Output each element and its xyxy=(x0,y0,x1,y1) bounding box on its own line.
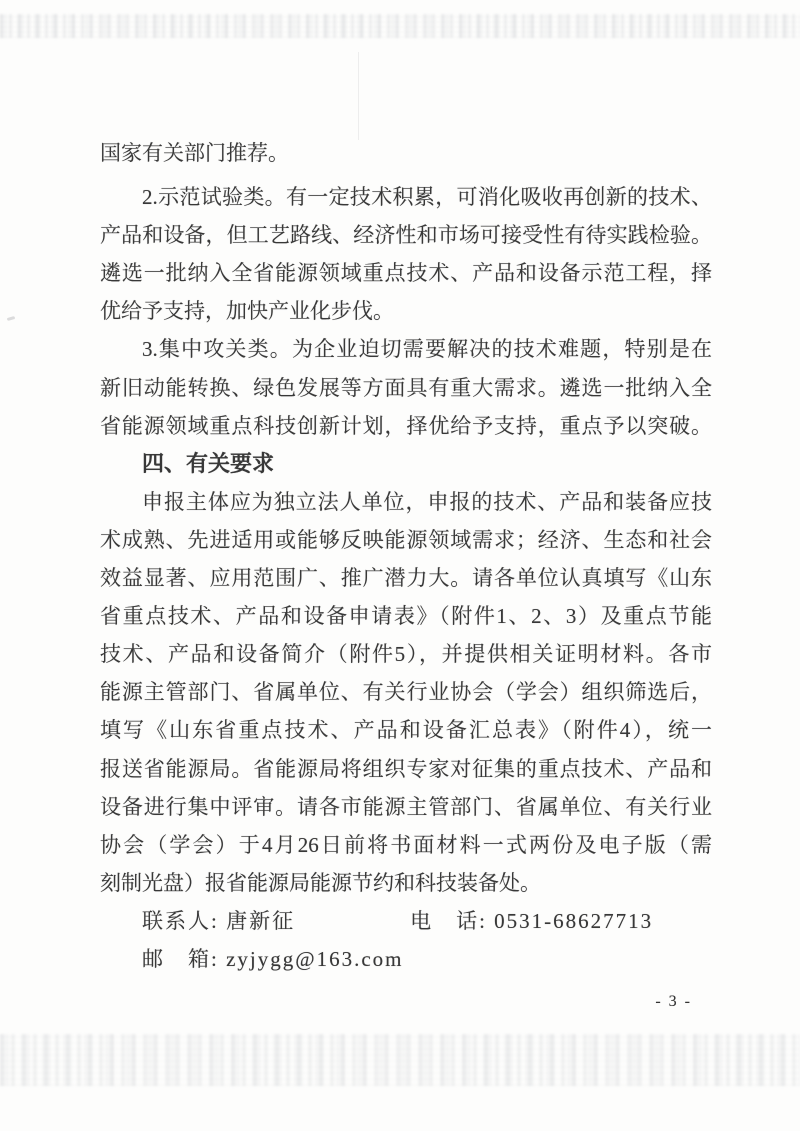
text-line: 协会（学会）于4月26日前将书面材料一式两份及电子版（需 xyxy=(100,826,712,864)
text-line: 填写《山东省重点技术、产品和设备汇总表》（附件4），统一 xyxy=(100,711,712,749)
section-heading: 四、有关要求 xyxy=(100,445,712,483)
text-line: 术成熟、先进适用或能够反映能源领域需求；经济、生态和社会 xyxy=(100,521,712,559)
document-body: 国家有关部门推荐。2.示范试验类。有一定技术积累，可消化吸收再创新的技术、产品和… xyxy=(100,134,712,978)
text-line: 省重点技术、产品和设备申请表》（附件1、2、3）及重点节能 xyxy=(100,597,712,635)
scan-noise-bottom xyxy=(0,1034,800,1086)
text-line: 优给予支持，加快产业化步伐。 xyxy=(100,292,712,330)
text-line: 产品和设备，但工艺路线、经济性和市场可接受性有待实践检验。 xyxy=(100,216,712,254)
text-line: 技术、产品和设备简介（附件5），并提供相关证明材料。各市 xyxy=(100,635,712,673)
scan-crease-mark xyxy=(358,52,359,140)
text-line: 新旧动能转换、绿色发展等方面具有重大需求。遴选一批纳入全 xyxy=(100,369,712,407)
text-line: 报送省能源局。省能源局将组织专家对征集的重点技术、产品和 xyxy=(100,750,712,788)
text-line: 申报主体应为独立法人单位，申报的技术、产品和装备应技 xyxy=(100,483,712,521)
document-page: 国家有关部门推荐。2.示范试验类。有一定技术积累，可消化吸收再创新的技术、产品和… xyxy=(0,0,800,1131)
text-line: 设备进行集中评审。请各市能源主管部门、省属单位、有关行业 xyxy=(100,788,712,826)
text-line: 2.示范试验类。有一定技术积累，可消化吸收再创新的技术、 xyxy=(100,178,712,216)
scan-speck xyxy=(7,316,16,321)
text-line: 省能源领域重点科技创新计划，择优给予支持，重点予以突破。 xyxy=(100,407,712,445)
contact-line: 邮 箱: zyjygg@163.com xyxy=(100,940,712,978)
text-line: 刻制光盘）报省能源局能源节约和科技装备处。 xyxy=(100,864,712,902)
text-line: 国家有关部门推荐。 xyxy=(100,134,712,172)
text-line: 3.集中攻关类。为企业迫切需要解决的技术难题，特别是在 xyxy=(100,330,712,368)
contact-line: 联系人: 唐新征 电 话: 0531-68627713 xyxy=(100,902,712,940)
text-line: 效益显著、应用范围广、推广潜力大。请各单位认真填写《山东 xyxy=(100,559,712,597)
scan-noise-top xyxy=(0,14,800,38)
page-number: - 3 - xyxy=(655,993,692,1011)
text-line: 遴选一批纳入全省能源领域重点技术、产品和设备示范工程，择 xyxy=(100,254,712,292)
text-line: 能源主管部门、省属单位、有关行业协会（学会）组织筛选后， xyxy=(100,673,712,711)
